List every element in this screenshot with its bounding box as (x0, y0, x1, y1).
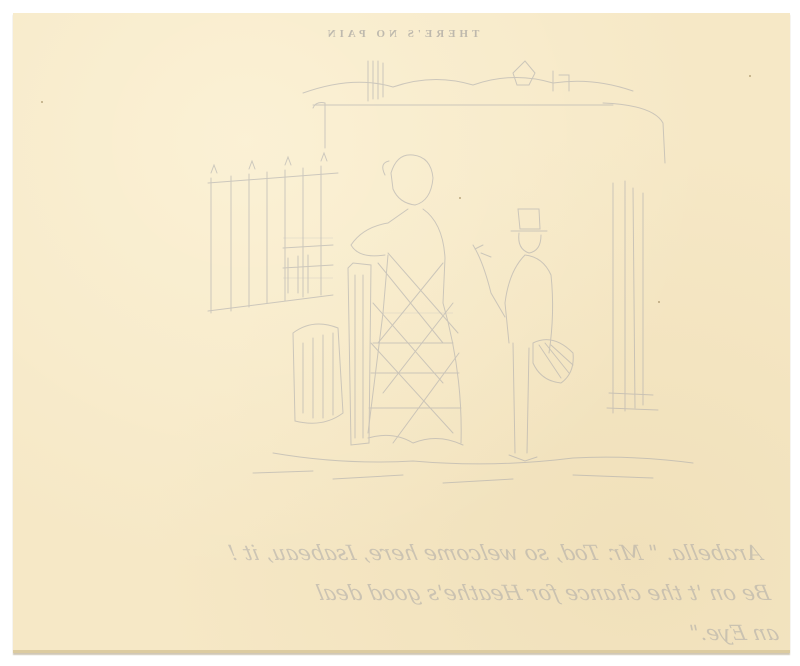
caption-line: Be on 't the chance for Heathe's good de… (29, 573, 775, 613)
paper-speck (749, 75, 751, 77)
caption-line: an Eye." (37, 613, 783, 653)
reversed-handwritten-caption: Arabella. " Mr. Tod, so welcome here, Is… (20, 533, 783, 653)
paper-sheet: THERE'S NO PAIN (13, 13, 790, 653)
paper-speck (459, 197, 461, 199)
paper-speck (658, 301, 660, 303)
paper-speck (41, 101, 43, 103)
scan-frame: THERE'S NO PAIN (0, 0, 800, 666)
caption-line: Arabella. " Mr. Tod, so welcome here, Is… (20, 533, 766, 573)
